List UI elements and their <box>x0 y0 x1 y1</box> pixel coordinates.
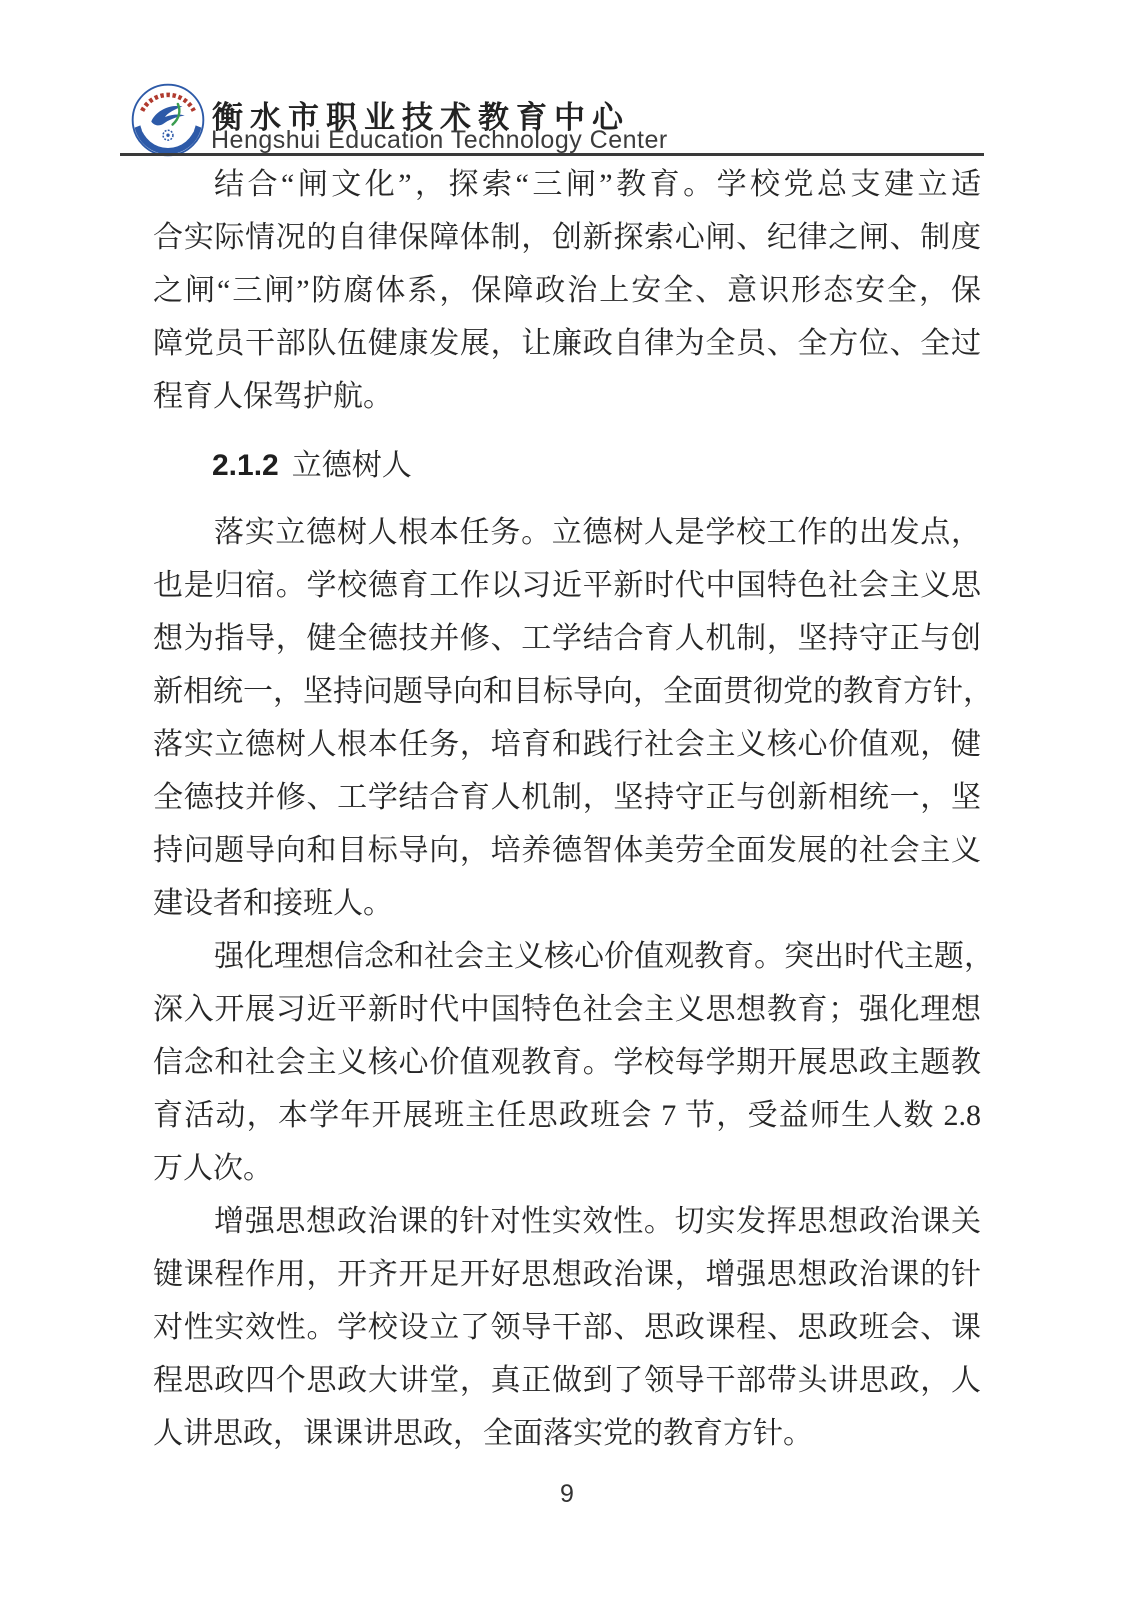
text-line: 育活动，本学年开展班主任思政班会 7 节，受益师生人数 2.8 <box>153 1089 981 1142</box>
text-line: 新相统一，坚持问题导向和目标导向，全面贯彻党的教育方针， <box>153 665 981 718</box>
section-heading: 2.1.2立德树人 <box>153 439 981 492</box>
text-line: 合实际情况的自律保障体制，创新探索心闸、纪律之闸、制度 <box>153 211 981 264</box>
text-line: 程思政四个思政大讲堂，真正做到了领导干部带头讲思政，人 <box>153 1354 981 1407</box>
text-line: 信念和社会主义核心价值观教育。学校每学期开展思政主题教 <box>153 1036 981 1089</box>
text-line: 落实立德树人根本任务，培育和践行社会主义核心价值观，健 <box>153 718 981 771</box>
text-line: 深入开展习近平新时代中国特色社会主义思想教育；强化理想 <box>153 983 981 1036</box>
page-number: 9 <box>560 1480 574 1508</box>
text-line: 程育人保驾护航。 <box>153 370 981 423</box>
text-line: 全德技并修、工学结合育人机制，坚持守正与创新相统一，坚 <box>153 771 981 824</box>
school-name-english: Hengshui Education Technology Center <box>211 126 668 155</box>
text-line: 建设者和接班人。 <box>153 877 981 930</box>
text-line: 对性实效性。学校设立了领导干部、思政课程、思政班会、课 <box>153 1301 981 1354</box>
text-line: 障党员干部队伍健康发展，让廉政自律为全员、全方位、全过 <box>153 317 981 370</box>
section-heading-number: 2.1.2 <box>212 449 279 482</box>
text-line: 持问题导向和目标导向，培养德智体美劳全面发展的社会主义 <box>153 824 981 877</box>
text-line: 键课程作用，开齐开足开好思想政治课，增强思想政治课的针 <box>153 1248 981 1301</box>
text-line: 增强思想政治课的针对性实效性。切实发挥思想政治课关 <box>153 1195 981 1248</box>
text-line: 落实立德树人根本任务。立德树人是学校工作的出发点， <box>153 506 981 559</box>
text-line: 强化理想信念和社会主义核心价值观教育。突出时代主题， <box>153 930 981 983</box>
text-line: 想为指导，健全德技并修、工学结合育人机制，坚持守正与创 <box>153 612 981 665</box>
page-header: 衡水市职业技术教育中心 Hengshui Education Technolog… <box>0 0 1131 156</box>
section-heading-label: 立德树人 <box>292 449 412 482</box>
text-line: 结合“闸文化”，探索“三闸”教育。学校党总支建立适 <box>153 158 981 211</box>
school-logo-icon <box>130 82 206 158</box>
document-page: 衡水市职业技术教育中心 Hengshui Education Technolog… <box>0 0 1131 1600</box>
header-divider <box>120 153 984 156</box>
text-line: 万人次。 <box>153 1142 981 1195</box>
text-content: 结合“闸文化”，探索“三闸”教育。学校党总支建立适合实际情况的自律保障体制，创新… <box>153 158 981 1460</box>
text-line: 之闸“三闸”防腐体系，保障政治上安全、意识形态安全，保 <box>153 264 981 317</box>
text-line: 也是归宿。学校德育工作以习近平新时代中国特色社会主义思 <box>153 559 981 612</box>
page-footer: 9 <box>153 1480 981 1509</box>
text-line: 人讲思政，课课讲思政，全面落实党的教育方针。 <box>153 1407 981 1460</box>
